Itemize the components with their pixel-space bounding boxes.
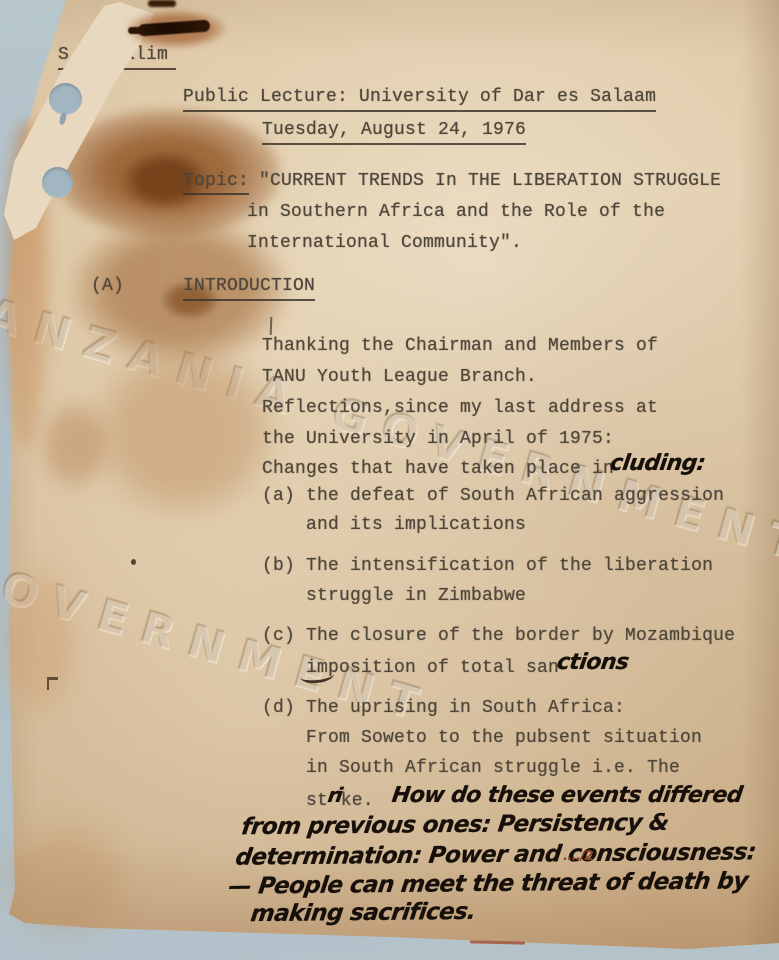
lecture-date: Tuesday, August 24, 1976 — [262, 119, 526, 145]
list-item-d-cont: in South African struggle i.e. The — [306, 757, 680, 779]
intro-line: the University in April of 1975: — [262, 428, 614, 450]
stain — [0, 820, 130, 940]
section-label: (A) — [91, 275, 124, 297]
handwritten-correction: cluding: — [609, 453, 707, 475]
topic-text: "CURRENT TRENDS In THE LIBERATION STRUGG… — [259, 171, 721, 191]
stain — [0, 560, 80, 720]
scanned-document: TANZANIA GOVERNMENT TANZANIA GOVERNMENT … — [0, 0, 779, 960]
ink-mark-top-edge — [148, 0, 176, 7]
list-item-d-cont: strike.How do these events differed — [306, 787, 742, 812]
handwritten-correction: ctions — [556, 652, 630, 674]
list-item-b-cont: struggle in Zimbabwe — [306, 585, 526, 607]
typed-text: imposition of total san — [306, 658, 559, 678]
list-item-d-cont: From Soweto to the pubsent situation — [306, 727, 702, 749]
handwritten-note: from previous ones: Persistency & — [240, 810, 670, 840]
handwritten-note: How do these events differed — [390, 785, 743, 807]
intro-line: TANU Youth League Branch. — [262, 366, 537, 388]
handwritten-overwrite: ri — [326, 784, 342, 806]
topic-label: Topic: — [183, 171, 249, 195]
stain — [40, 400, 110, 490]
intro-line: Thanking the Chairman and Members of — [262, 335, 658, 357]
handwritten-note: determination: Power and consciousness: — [234, 839, 757, 870]
punch-hole — [42, 167, 73, 198]
list-item-d: (d) The uprising in South Africa: — [262, 697, 625, 719]
typed-text: st — [306, 791, 328, 811]
typed-text: Changes that have taken place in — [262, 459, 614, 479]
lecture-title: Public Lecture: University of Dar es Sal… — [183, 86, 656, 112]
page-continuation-marker: ..../2 — [563, 849, 593, 864]
list-item-c: (c) The closure of the border by Mozambi… — [262, 625, 735, 647]
stain — [90, 340, 280, 520]
topic-line-1: Topic:"CURRENT TRENDS In THE LIBERATION … — [183, 170, 721, 192]
topic-line-2: in Southern Africa and the Role of the — [247, 201, 665, 223]
stray-pen-mark — [47, 677, 58, 690]
red-edge-mark — [470, 940, 525, 944]
handwritten-note: — People can meet the threat of death by — [227, 868, 749, 899]
intro-line: Reflections,since my last address at — [262, 397, 658, 419]
list-item-a-cont: and its implications — [306, 514, 526, 536]
list-item-b: (b) The intensification of the liberatio… — [262, 555, 713, 577]
intro-line: Changes that have taken place including: — [262, 456, 705, 480]
handwritten-note: making sacrifices. — [249, 899, 477, 927]
typed-text: ke. — [341, 791, 374, 811]
topic-line-3: International Community". — [247, 232, 522, 254]
list-item-c-cont: imposition of total sanctions — [306, 655, 628, 679]
section-title: INTRODUCTION — [183, 275, 315, 301]
punch-hole — [49, 83, 82, 115]
list-item-a: (a) the defeat of South African aggressi… — [262, 485, 724, 507]
stray-dot — [131, 559, 136, 565]
ink-blot — [128, 27, 144, 34]
